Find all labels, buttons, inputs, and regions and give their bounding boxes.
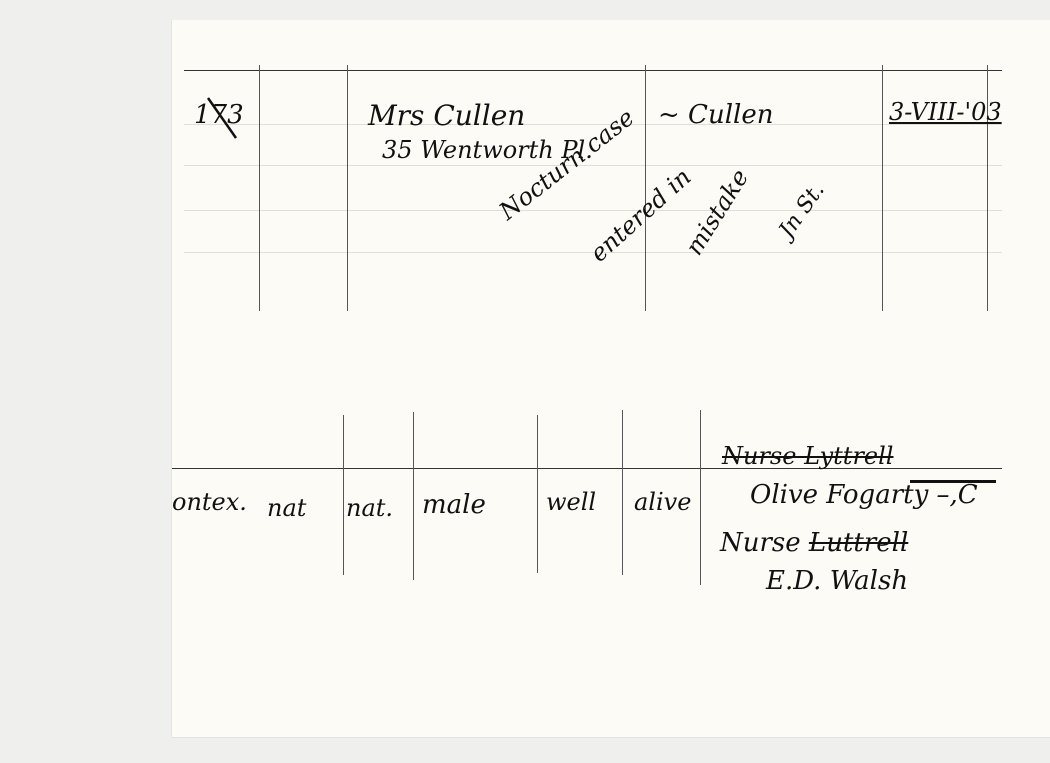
lower-cell-sex: male — [422, 492, 486, 518]
lower-col-divider — [537, 415, 538, 573]
lower-col-divider — [700, 410, 701, 585]
lower-cell-nat2: nat. — [346, 496, 393, 520]
upper-faint-rule — [184, 210, 1002, 211]
signature-nurse-prefix: Nurse — [720, 528, 801, 558]
signature-nurse-struck-name: Luttrell — [809, 528, 908, 558]
lower-cell-presentation: ontex. — [172, 490, 247, 514]
signature-olive-fogarty: Olive Fogarty –,C — [750, 482, 978, 508]
signature-ed-walsh: E.D. Walsh — [766, 568, 908, 594]
diagonal-note-line2: entered in — [586, 164, 695, 266]
signature-struck-nurse: Nurse Lyttrell — [722, 444, 893, 468]
upper-col-divider — [882, 65, 883, 311]
signature-nurse-line: Nurse Luttrell — [720, 530, 908, 556]
signature-overline-mark — [910, 480, 996, 483]
upper-col-divider — [347, 65, 348, 311]
record-number-strike-mark — [202, 96, 242, 142]
entry-date: 3-VIII-'03 — [889, 100, 1002, 124]
lower-col-divider — [622, 410, 623, 575]
upper-col-divider — [645, 65, 646, 311]
informant-name: ~ Cullen — [658, 102, 773, 128]
lower-cell-nat1: nat — [267, 496, 306, 520]
lower-cell-outcome: alive — [634, 490, 691, 514]
upper-col-divider — [259, 65, 260, 311]
upper-faint-rule — [184, 165, 1002, 166]
lower-col-divider — [343, 415, 344, 575]
lower-cell-condition: well — [546, 490, 596, 514]
register-page: 173 Mrs Cullen 35 Wentworth Pl. ~ Cullen… — [172, 20, 1050, 737]
upper-top-rule — [184, 70, 1002, 71]
patient-name: Mrs Cullen — [368, 102, 525, 130]
lower-col-divider — [413, 412, 414, 580]
